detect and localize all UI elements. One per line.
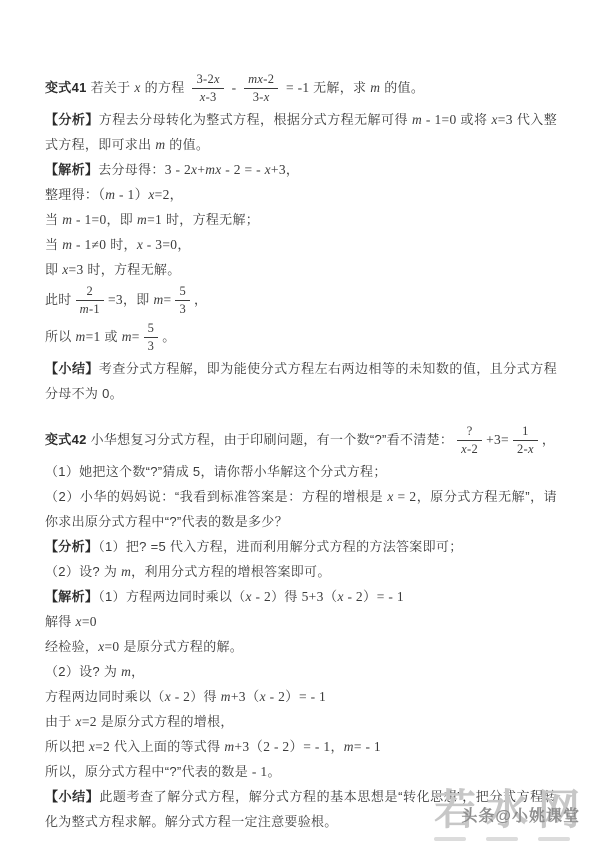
text-line: 变式42 小华想复习分式方程，由于印刷问题，有一个数“?”看不清楚：?x-2+3… bbox=[45, 422, 557, 459]
math-text: m= - 1 bbox=[344, 739, 381, 754]
text-line: 【小结】考查分式方程解，即为能使分式方程左右两边相等的未知数的值，且分式方程分母… bbox=[45, 356, 557, 406]
document-content: 变式41 若关于 x 的方程 3-2xx-3 - mx-23-x = -1 无解… bbox=[45, 70, 557, 834]
math-text: = -1 bbox=[282, 80, 313, 95]
text-line: （1）她把这个数“?”猜成 5，请你帮小华解这个分式方程； bbox=[45, 459, 557, 484]
math-text: 2 bbox=[76, 284, 104, 301]
math-text: m bbox=[121, 664, 131, 679]
text-line: 即 x=3 时，方程无解。 bbox=[45, 257, 557, 282]
math-text: x - 3=0 bbox=[137, 237, 178, 252]
text-line: （2）设? 为 m，利用分式方程的增根答案即可。 bbox=[45, 559, 557, 584]
bold-label: 变式42 bbox=[45, 432, 87, 447]
text-line: 所以把 x=2 代入上面的等式得 m+3（2 - 2）= - 1，m= - 1 bbox=[45, 734, 557, 759]
text-line: 当 m - 1=0，即 m=1 时，方程无解； bbox=[45, 207, 557, 232]
watermark-smudge bbox=[538, 837, 570, 841]
math-text: m - 1=0 bbox=[62, 212, 106, 227]
math-text: 1 bbox=[513, 424, 538, 441]
math-text: m= bbox=[153, 292, 171, 307]
math-text: 5 bbox=[144, 321, 159, 338]
text-line: 【解析】去分母得：3 - 2x+mx - 2 = - x+3， bbox=[45, 157, 557, 182]
text-line: 此时2m-1=3，即 m=53， bbox=[45, 282, 557, 319]
text-line: 【分析】（1）把? =5 代入方程，进而利用解分式方程的方法答案即可； bbox=[45, 534, 557, 559]
math-text: 2-x bbox=[513, 441, 538, 457]
bold-label: 【分析】 bbox=[45, 539, 98, 554]
fraction: 53 bbox=[175, 284, 190, 317]
bold-label: 【小结】 bbox=[45, 789, 99, 804]
math-text: 3 - 2x+mx - 2 = - x+3 bbox=[165, 162, 286, 177]
text-line: 变式41 若关于 x 的方程 3-2xx-3 - mx-23-x = -1 无解… bbox=[45, 70, 557, 107]
math-text: x = 2 bbox=[387, 489, 416, 504]
math-text: x=0 bbox=[76, 614, 97, 629]
text-line: 当 m - 1≠0 时，x - 3=0， bbox=[45, 232, 557, 257]
math-text: x bbox=[134, 80, 140, 95]
fraction: mx-23-x bbox=[244, 72, 278, 105]
math-text: m bbox=[155, 137, 165, 152]
math-text: x=0 bbox=[98, 639, 119, 654]
math-text: m - 1≠0 bbox=[62, 237, 106, 252]
math-text: x=2 bbox=[76, 714, 97, 729]
bold-label: 【小结】 bbox=[45, 361, 99, 376]
fraction: 53 bbox=[144, 321, 159, 354]
math-text: ? bbox=[457, 424, 482, 441]
math-text: 3 bbox=[144, 338, 159, 354]
variant-42: 变式42 小华想复习分式方程，由于印刷问题，有一个数“?”看不清楚：?x-2+3… bbox=[45, 422, 557, 834]
math-text: m=1 bbox=[76, 329, 101, 344]
fraction: 12-x bbox=[513, 424, 538, 457]
math-text: m= bbox=[122, 329, 140, 344]
watermark-credit-text: 头条@小姚课堂 bbox=[461, 803, 580, 826]
bold-label: 【分析】 bbox=[45, 112, 99, 127]
math-text: mx-2 bbox=[244, 72, 278, 89]
math-text: 5 bbox=[175, 284, 190, 301]
math-text: x-2 bbox=[457, 441, 482, 457]
math-text: m bbox=[121, 564, 131, 579]
text-line: 解得 x=0 bbox=[45, 609, 557, 634]
math-text: +3= bbox=[486, 432, 509, 447]
math-text: x=3 bbox=[491, 112, 512, 127]
math-text: 5+3（x - 2）= - 1 bbox=[302, 589, 404, 604]
text-line: 整理得：（m - 1）x=2， bbox=[45, 182, 557, 207]
math-text: m+3（2 - 2）= - 1 bbox=[224, 739, 330, 754]
bold-label: 【解析】 bbox=[45, 589, 98, 604]
math-text: - 1 bbox=[252, 764, 268, 779]
text-line: 所以 m=1 或 m=53。 bbox=[45, 319, 557, 356]
fraction: ?x-2 bbox=[457, 424, 482, 457]
math-text: x-3 bbox=[192, 89, 223, 105]
text-line: 方程两边同时乘以（x - 2）得 m+3（x - 2）= - 1 bbox=[45, 684, 557, 709]
text-line: 由于 x=2 是原分式方程的增根， bbox=[45, 709, 557, 734]
math-text: m - 1=0 bbox=[412, 112, 457, 127]
math-text: m=1 bbox=[137, 212, 162, 227]
document-page: 变式41 若关于 x 的方程 3-2xx-3 - mx-23-x = -1 无解… bbox=[0, 0, 600, 849]
watermark: 若水网 头条@小姚课堂 bbox=[360, 777, 596, 843]
math-text: x - 2 bbox=[246, 589, 272, 604]
math-text: 3 bbox=[175, 301, 190, 317]
math-text: 3-x bbox=[244, 89, 278, 105]
bold-label: 变式41 bbox=[45, 80, 87, 95]
bold-label: 【解析】 bbox=[45, 162, 98, 177]
math-text: m+3（x - 2）= - 1 bbox=[221, 689, 326, 704]
math-text: m bbox=[370, 80, 380, 95]
math-text: x - 2 bbox=[165, 689, 191, 704]
math-text: 3-2x bbox=[192, 72, 223, 89]
watermark-smudge bbox=[434, 837, 466, 841]
text-line: （2）小华的妈妈说：“我看到标准答案是：方程的增根是 x = 2，原分式方程无解… bbox=[45, 484, 557, 534]
fraction: 2m-1 bbox=[76, 284, 104, 317]
math-text: m-1 bbox=[76, 301, 104, 317]
watermark-smudge bbox=[486, 837, 518, 841]
math-text: x=3 bbox=[62, 262, 83, 277]
text-line: 【分析】方程去分母转化为整式方程，根据分式方程无解可得 m - 1=0 或将 x… bbox=[45, 107, 557, 157]
fraction: 3-2xx-3 bbox=[192, 72, 223, 105]
watermark-smudges bbox=[434, 837, 570, 841]
text-line: （2）设? 为 m， bbox=[45, 659, 557, 684]
text-line: 经检验，x=0 是原分式方程的解。 bbox=[45, 634, 557, 659]
math-text: - bbox=[228, 80, 240, 95]
math-text: （m - 1）x=2 bbox=[98, 187, 169, 202]
variant-41: 变式41 若关于 x 的方程 3-2xx-3 - mx-23-x = -1 无解… bbox=[45, 70, 557, 406]
text-line: 【解析】（1）方程两边同时乘以（x - 2）得 5+3（x - 2）= - 1 bbox=[45, 584, 557, 609]
math-text: =3 bbox=[108, 292, 123, 307]
math-text: x=2 bbox=[89, 739, 110, 754]
